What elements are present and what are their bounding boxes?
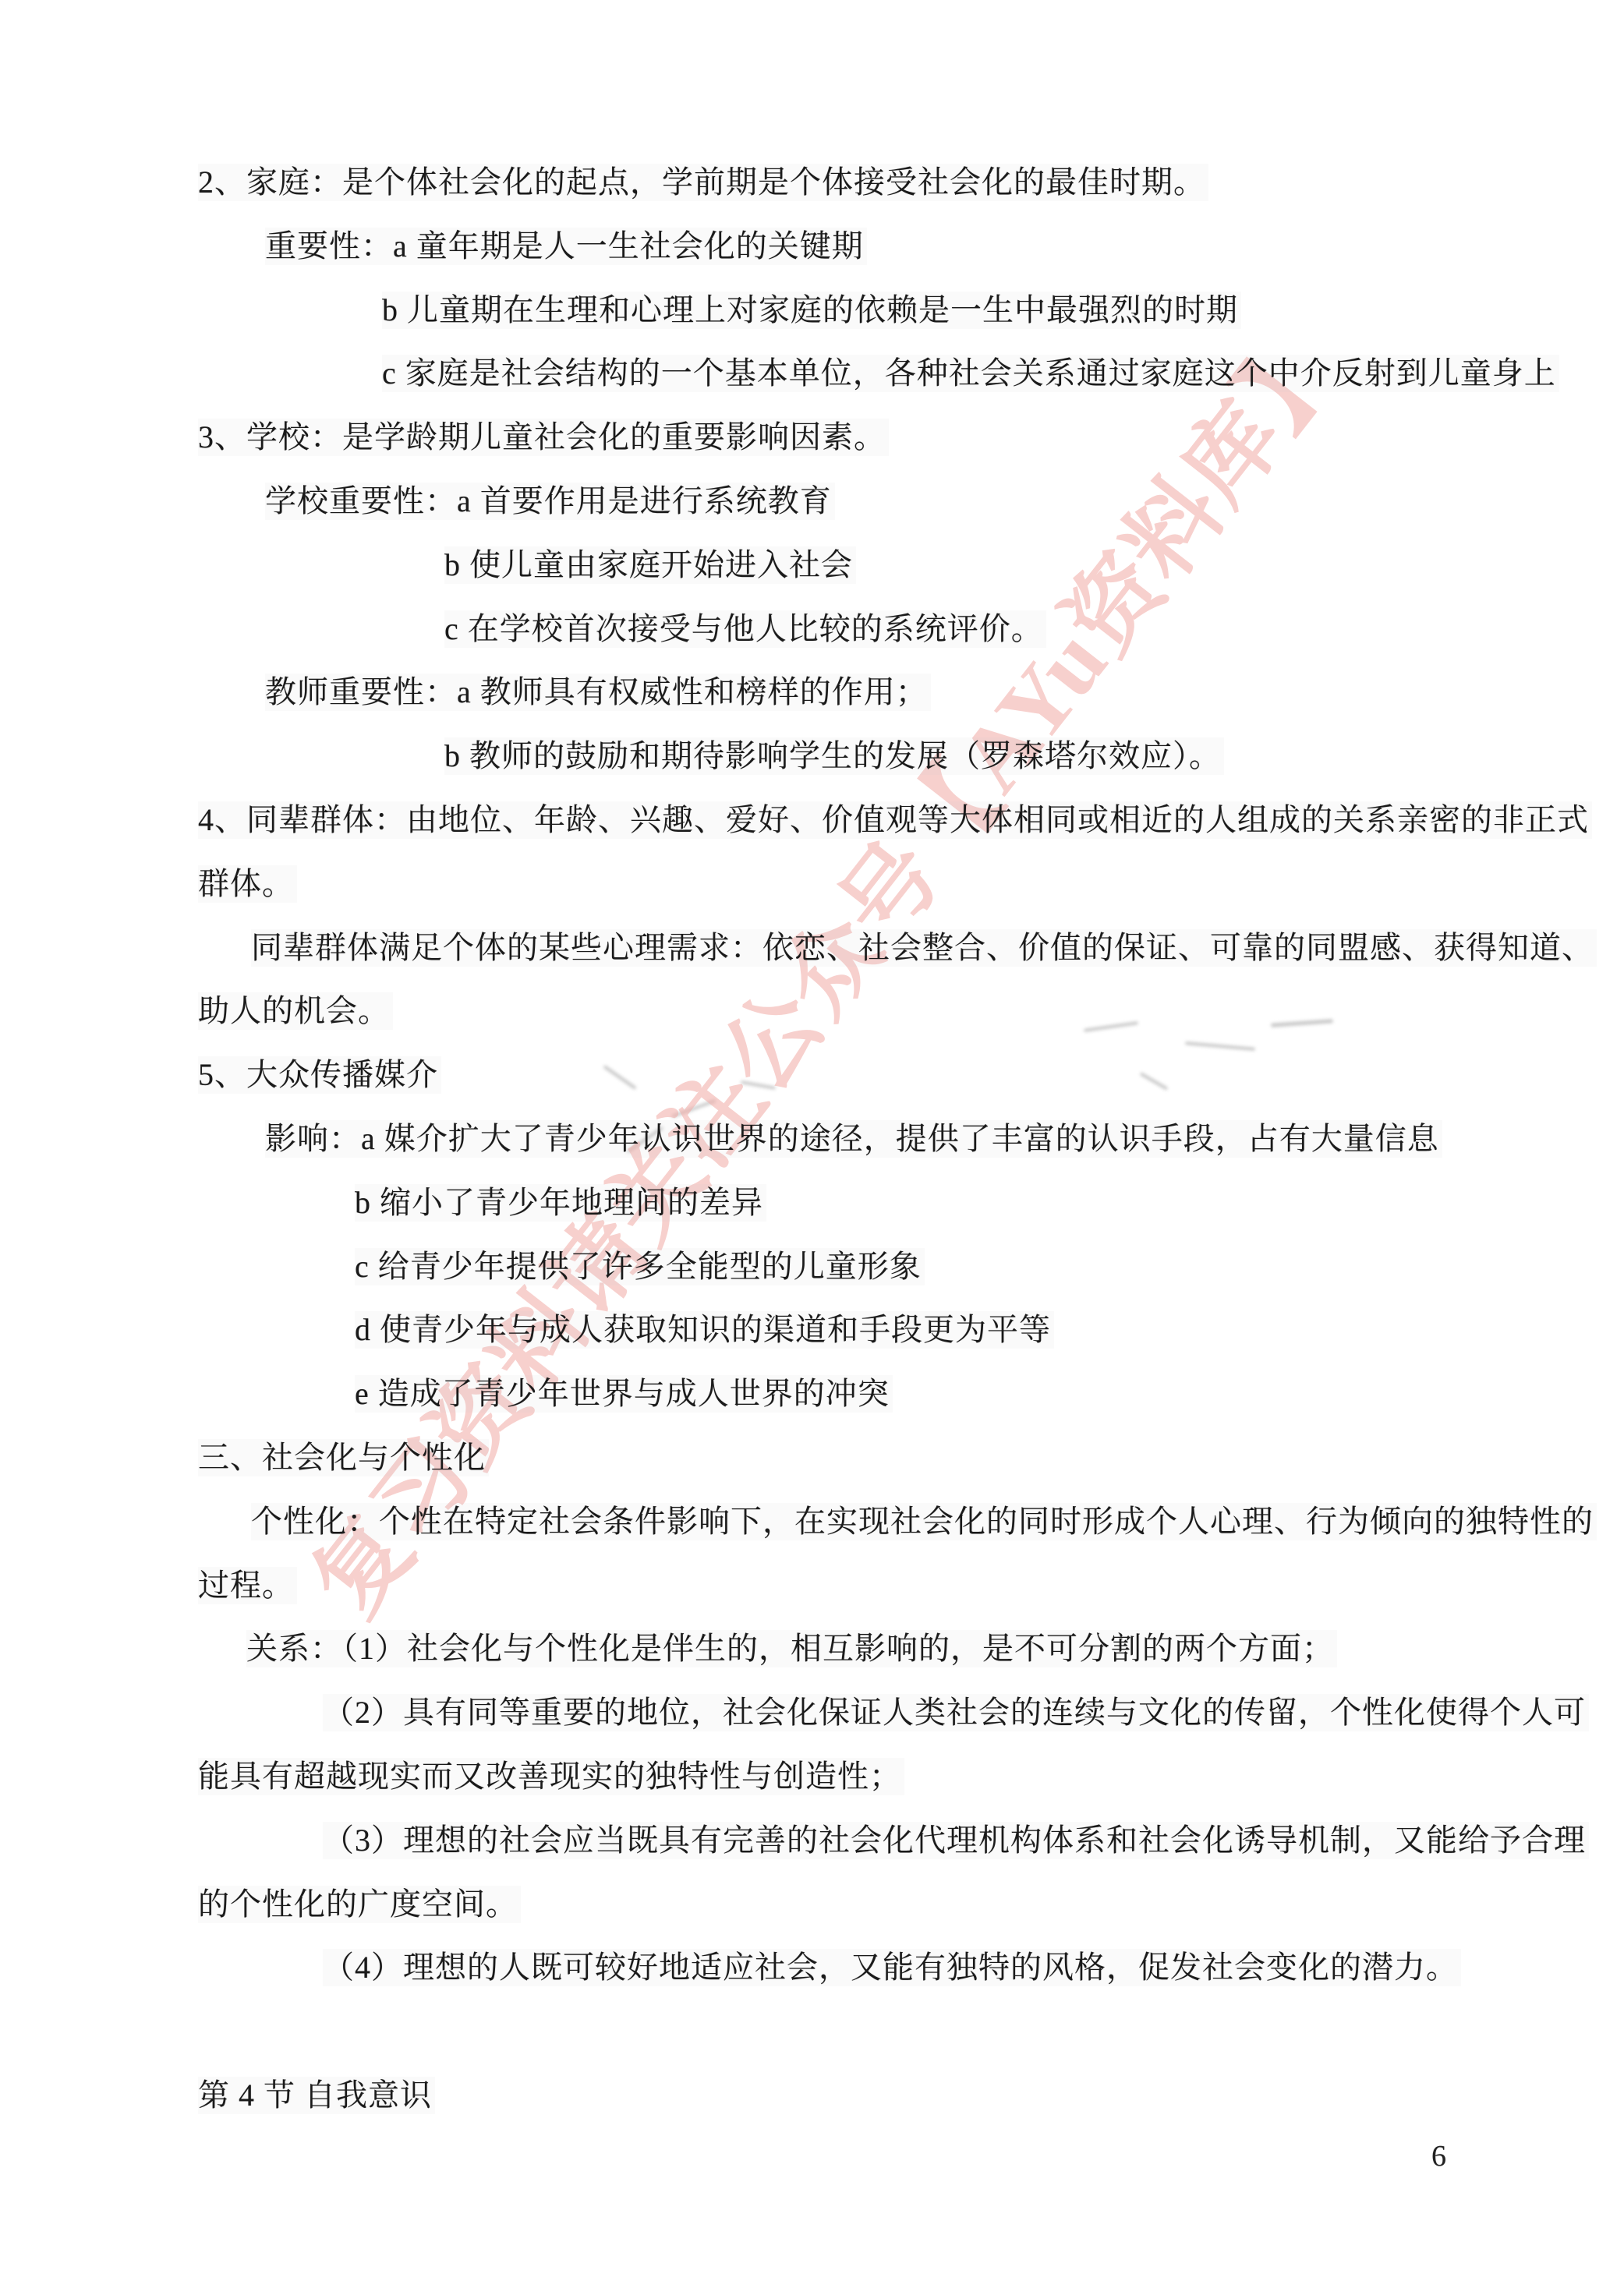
text-line: c 家庭是社会结构的一个基本单位，各种社会关系通过家庭这个中介反射到儿童身上 bbox=[382, 355, 1559, 392]
text-line: 助人的机会。 bbox=[198, 992, 393, 1030]
text-line: （3）理想的社会应当既具有完善的社会化代理机构体系和社会化诱导机制，又能给予合理 bbox=[323, 1822, 1589, 1859]
text-line: 过程。 bbox=[198, 1567, 297, 1604]
text-line: 3、学校：是学龄期儿童社会化的重要影响因素。 bbox=[198, 419, 889, 456]
text-line: （4）理想的人既可较好地适应社会，又能有独特的风格，促发社会变化的潜力。 bbox=[323, 1949, 1461, 1986]
text-line: 第 4 节 自我意识 bbox=[198, 2077, 435, 2114]
text-line: c 在学校首次接受与他人比较的系统评价。 bbox=[444, 610, 1046, 648]
text-line: （2）具有同等重要的地位，社会化保证人类社会的连续与文化的传留，个性化使得个人可 bbox=[323, 1694, 1589, 1731]
text-line: b 儿童期在生理和心理上对家庭的依赖是一生中最强烈的时期 bbox=[382, 292, 1241, 329]
text-line: 影响：a 媒介扩大了青少年认识世界的途径，提供了丰富的认识手段，占有大量信息 bbox=[265, 1120, 1442, 1158]
text-line: 的个性化的广度空间。 bbox=[198, 1886, 521, 1923]
text-line: 4、同辈群体：由地位、年龄、兴趣、爱好、价值观等大体相同或相近的人组成的关系亲密… bbox=[198, 801, 1592, 839]
text-line: 2、家庭：是个体社会化的起点，学前期是个体接受社会化的最佳时期。 bbox=[198, 164, 1208, 201]
text-line: 重要性：a 童年期是人一生社会化的关键期 bbox=[265, 228, 867, 265]
text-line: 群体。 bbox=[198, 865, 297, 903]
text-line: 同辈群体满足个体的某些心理需求：依恋、社会整合、价值的保证、可靠的同盟感、获得知… bbox=[251, 929, 1597, 967]
text-line: 关系：（1）社会化与个性化是伴生的，相互影响的，是不可分割的两个方面； bbox=[246, 1630, 1337, 1667]
text-line: e 造成了青少年世界与成人世界的冲突 bbox=[355, 1375, 893, 1413]
text-line: b 缩小了青少年地理间的差异 bbox=[355, 1184, 766, 1222]
text-line: d 使青少年与成人获取知识的渠道和手段更为平等 bbox=[355, 1311, 1054, 1349]
text-line: b 使儿童由家庭开始进入社会 bbox=[444, 546, 856, 584]
text-line: 三、社会化与个性化 bbox=[198, 1439, 489, 1476]
text-line: 个性化：个性在特定社会条件影响下，在实现社会化的同时形成个人心理、行为倾向的独特… bbox=[251, 1503, 1597, 1540]
text-line: 教师重要性：a 教师具有权威性和榜样的作用； bbox=[265, 674, 931, 711]
page-number: 6 bbox=[1431, 2139, 1446, 2173]
text-line: 能具有超越现实而又改善现实的独特性与创造性； bbox=[198, 1758, 904, 1795]
text-line: 5、大众传播媒介 bbox=[198, 1056, 441, 1094]
text-line: b 教师的鼓励和期待影响学生的发展（罗森塔尔效应）。 bbox=[444, 737, 1224, 775]
scan-smudge bbox=[1068, 1002, 1364, 1119]
text-line: c 给青少年提供了许多全能型的儿童形象 bbox=[355, 1248, 925, 1285]
document-page: 复习资料请关注公众号【AYu资料库】 2、家庭：是个体社会化的起点，学前期是个体… bbox=[0, 0, 1624, 2295]
text-line: 学校重要性：a 首要作用是进行系统教育 bbox=[265, 483, 835, 520]
